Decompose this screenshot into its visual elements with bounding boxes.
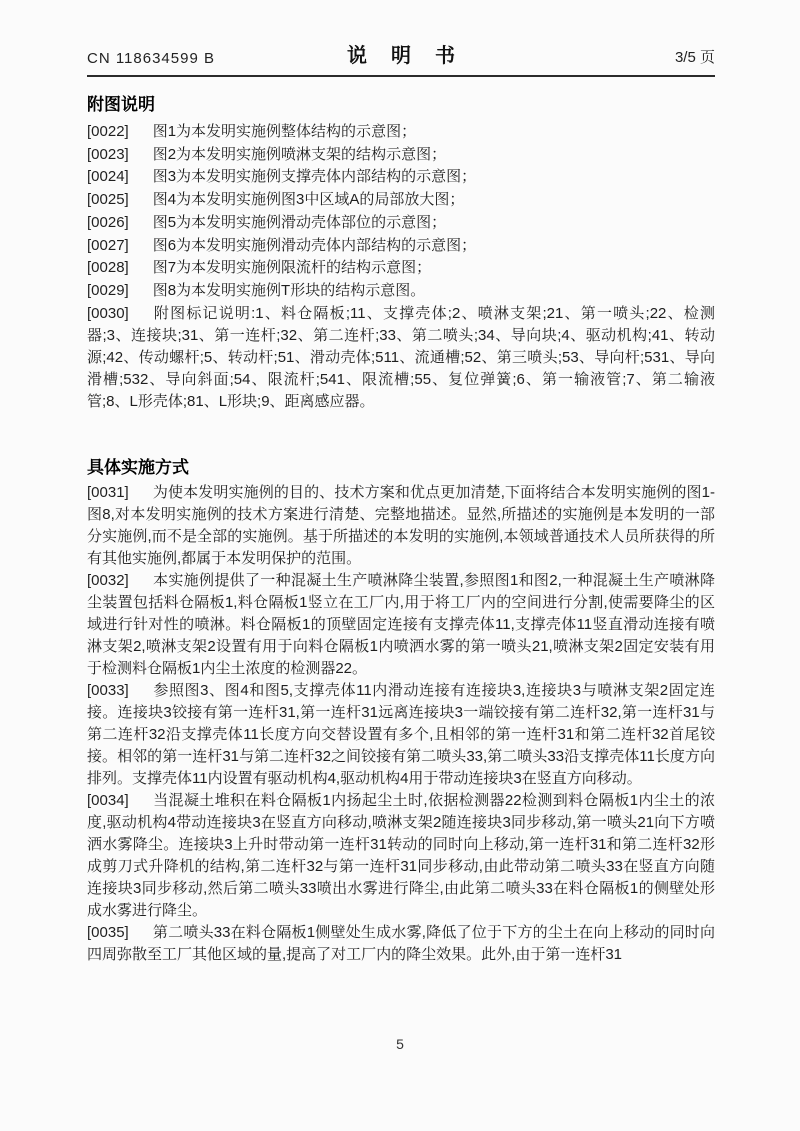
figure-description-line: [0029]图8为本发明实施例T形块的结构示意图。 xyxy=(87,280,715,303)
embodiment-paragraph: [0035]第二喷头33在料仓隔板1侧壁处生成水雾,降低了位于下方的尘土在向上移… xyxy=(87,922,715,966)
figure-description-line: [0026]图5为本发明实施例滑动壳体部位的示意图； xyxy=(87,212,715,235)
paragraph-label: [0032] xyxy=(87,572,129,589)
page-number: 5 xyxy=(396,1036,404,1052)
figure-description-text: 图6为本发明实施例滑动壳体内部结构的示意图； xyxy=(153,237,476,254)
embodiment-paragraph: [0034]当混凝土堆积在料仓隔板1内扬起尘土时,依据检测器22检测到料仓隔板1… xyxy=(87,790,715,922)
paragraph-label: [0024] xyxy=(87,168,129,185)
figure-description-line: [0022]图1为本发明实施例整体结构的示意图； xyxy=(87,121,715,144)
patent-specification-page: CN 118634599 B 说明书 3/5 页 附图说明 [0022]图1为本… xyxy=(0,0,800,1131)
paragraph-label: [0034] xyxy=(87,792,129,809)
paragraph-label: [0035] xyxy=(87,924,129,941)
paragraph-label: [0026] xyxy=(87,214,129,231)
figure-description-line: [0025]图4为本发明实施例图3中区域A的局部放大图； xyxy=(87,189,715,212)
embodiment-paragraph: [0031]为使本发明实施例的目的、技术方案和优点更加清楚,下面将结合本发明实施… xyxy=(87,482,715,570)
figure-description-line: [0027]图6为本发明实施例滑动壳体内部结构的示意图； xyxy=(87,235,715,258)
figure-description-text: 图4为本发明实施例图3中区域A的局部放大图； xyxy=(153,191,465,208)
section-heading-embodiments: 具体实施方式 xyxy=(87,453,715,478)
figure-description-text: 图7为本发明实施例限流杆的结构示意图； xyxy=(153,259,431,276)
paragraph-label: [0022] xyxy=(87,123,129,140)
embodiment-paragraph: [0032]本实施例提供了一种混凝土生产喷淋降尘装置,参照图1和图2,一种混凝土… xyxy=(87,570,715,680)
paragraph-label: [0028] xyxy=(87,259,129,276)
reference-numerals-paragraph: [0030]附图标记说明:1、料仓隔板;11、支撑壳体;2、喷淋支架;21、第一… xyxy=(87,303,715,413)
section-heading-figures: 附图说明 xyxy=(87,90,715,115)
embodiment-text: 当混凝土堆积在料仓隔板1内扬起尘土时,依据检测器22检测到料仓隔板1内尘土的浓度… xyxy=(87,792,715,919)
page-footer: 5 xyxy=(0,1036,800,1052)
embodiment-paragraph: [0033]参照图3、图4和图5,支撑壳体11内滑动连接有连接块3,连接块3与喷… xyxy=(87,680,715,790)
paragraph-label: [0023] xyxy=(87,146,129,163)
document-title: 说明书 xyxy=(87,39,715,68)
embodiment-text: 参照图3、图4和图5,支撑壳体11内滑动连接有连接块3,连接块3与喷淋支架2固定… xyxy=(87,682,715,787)
figure-description-line: [0023]图2为本发明实施例喷淋支架的结构示意图； xyxy=(87,144,715,167)
embodiment-text: 本实施例提供了一种混凝土生产喷淋降尘装置,参照图1和图2,一种混凝土生产喷淋降尘… xyxy=(87,572,715,677)
figure-description-line: [0024]图3为本发明实施例支撑壳体内部结构的示意图； xyxy=(87,166,715,189)
paragraph-label: [0030] xyxy=(87,305,129,322)
page-header: CN 118634599 B 说明书 3/5 页 xyxy=(87,0,715,77)
paragraph-label: [0033] xyxy=(87,682,129,699)
reference-numerals-text: 附图标记说明:1、料仓隔板;11、支撑壳体;2、喷淋支架;21、第一喷头;22、… xyxy=(87,305,715,410)
paragraph-label: [0029] xyxy=(87,282,129,299)
paragraph-label: [0025] xyxy=(87,191,129,208)
figure-description-text: 图2为本发明实施例喷淋支架的结构示意图； xyxy=(153,146,446,163)
figure-description-text: 图8为本发明实施例T形块的结构示意图。 xyxy=(153,282,426,299)
figure-description-text: 图1为本发明实施例整体结构的示意图； xyxy=(153,123,416,140)
figure-description-text: 图5为本发明实施例滑动壳体部位的示意图； xyxy=(153,214,446,231)
embodiment-text: 第二喷头33在料仓隔板1侧壁处生成水雾,降低了位于下方的尘土在向上移动的同时向四… xyxy=(87,924,715,963)
figure-description-line: [0028]图7为本发明实施例限流杆的结构示意图； xyxy=(87,257,715,280)
figure-description-text: 图3为本发明实施例支撑壳体内部结构的示意图； xyxy=(153,168,476,185)
paragraph-label: [0027] xyxy=(87,237,129,254)
page-indicator: 3/5 页 xyxy=(675,46,715,67)
paragraph-label: [0031] xyxy=(87,484,129,501)
embodiment-text: 为使本发明实施例的目的、技术方案和优点更加清楚,下面将结合本发明实施例的图1-图… xyxy=(87,484,715,567)
